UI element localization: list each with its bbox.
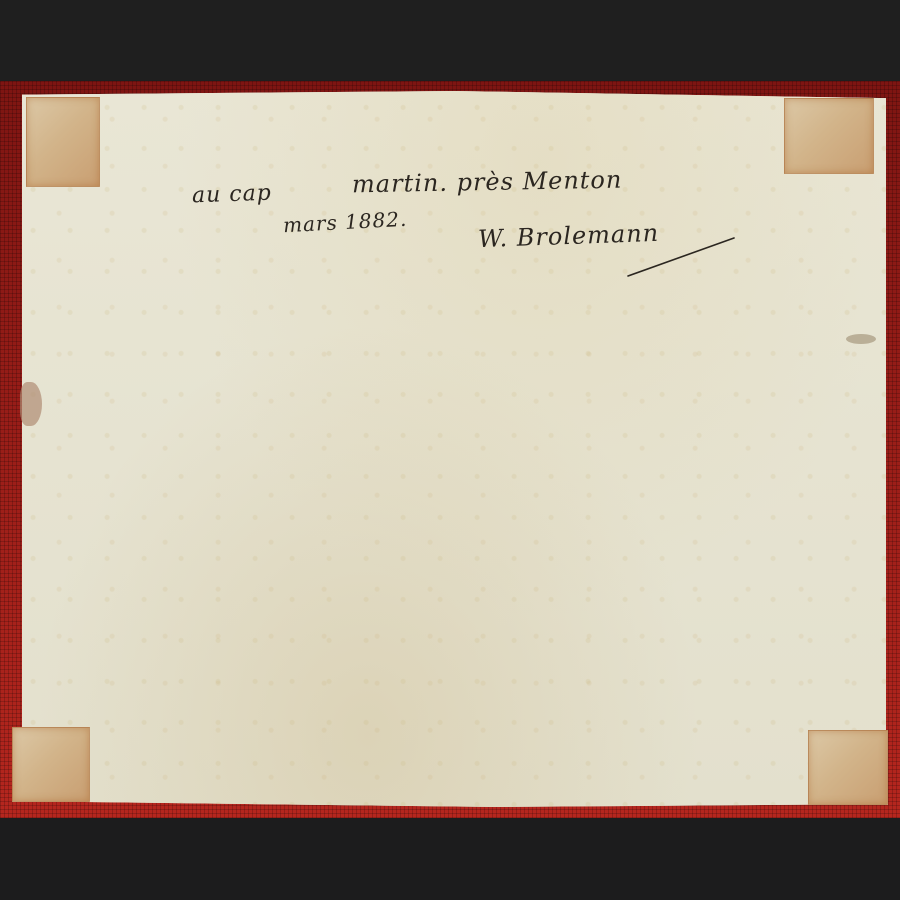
top-black-bar xyxy=(0,0,900,81)
signature-flourish-icon xyxy=(626,230,736,280)
bottom-black-bar xyxy=(0,818,900,900)
paper-sheet xyxy=(22,91,886,807)
tape-hinge-top-left xyxy=(26,97,100,187)
inscription-line1-place: martin. près Menton xyxy=(352,166,623,199)
tape-hinge-top-right xyxy=(784,98,874,174)
paper-stain-left xyxy=(20,382,42,426)
inscription-line1-start: au cap xyxy=(192,181,273,209)
tape-hinge-bottom-left xyxy=(12,727,90,802)
paper-stain-right xyxy=(846,334,876,344)
tape-hinge-bottom-right xyxy=(808,730,888,805)
